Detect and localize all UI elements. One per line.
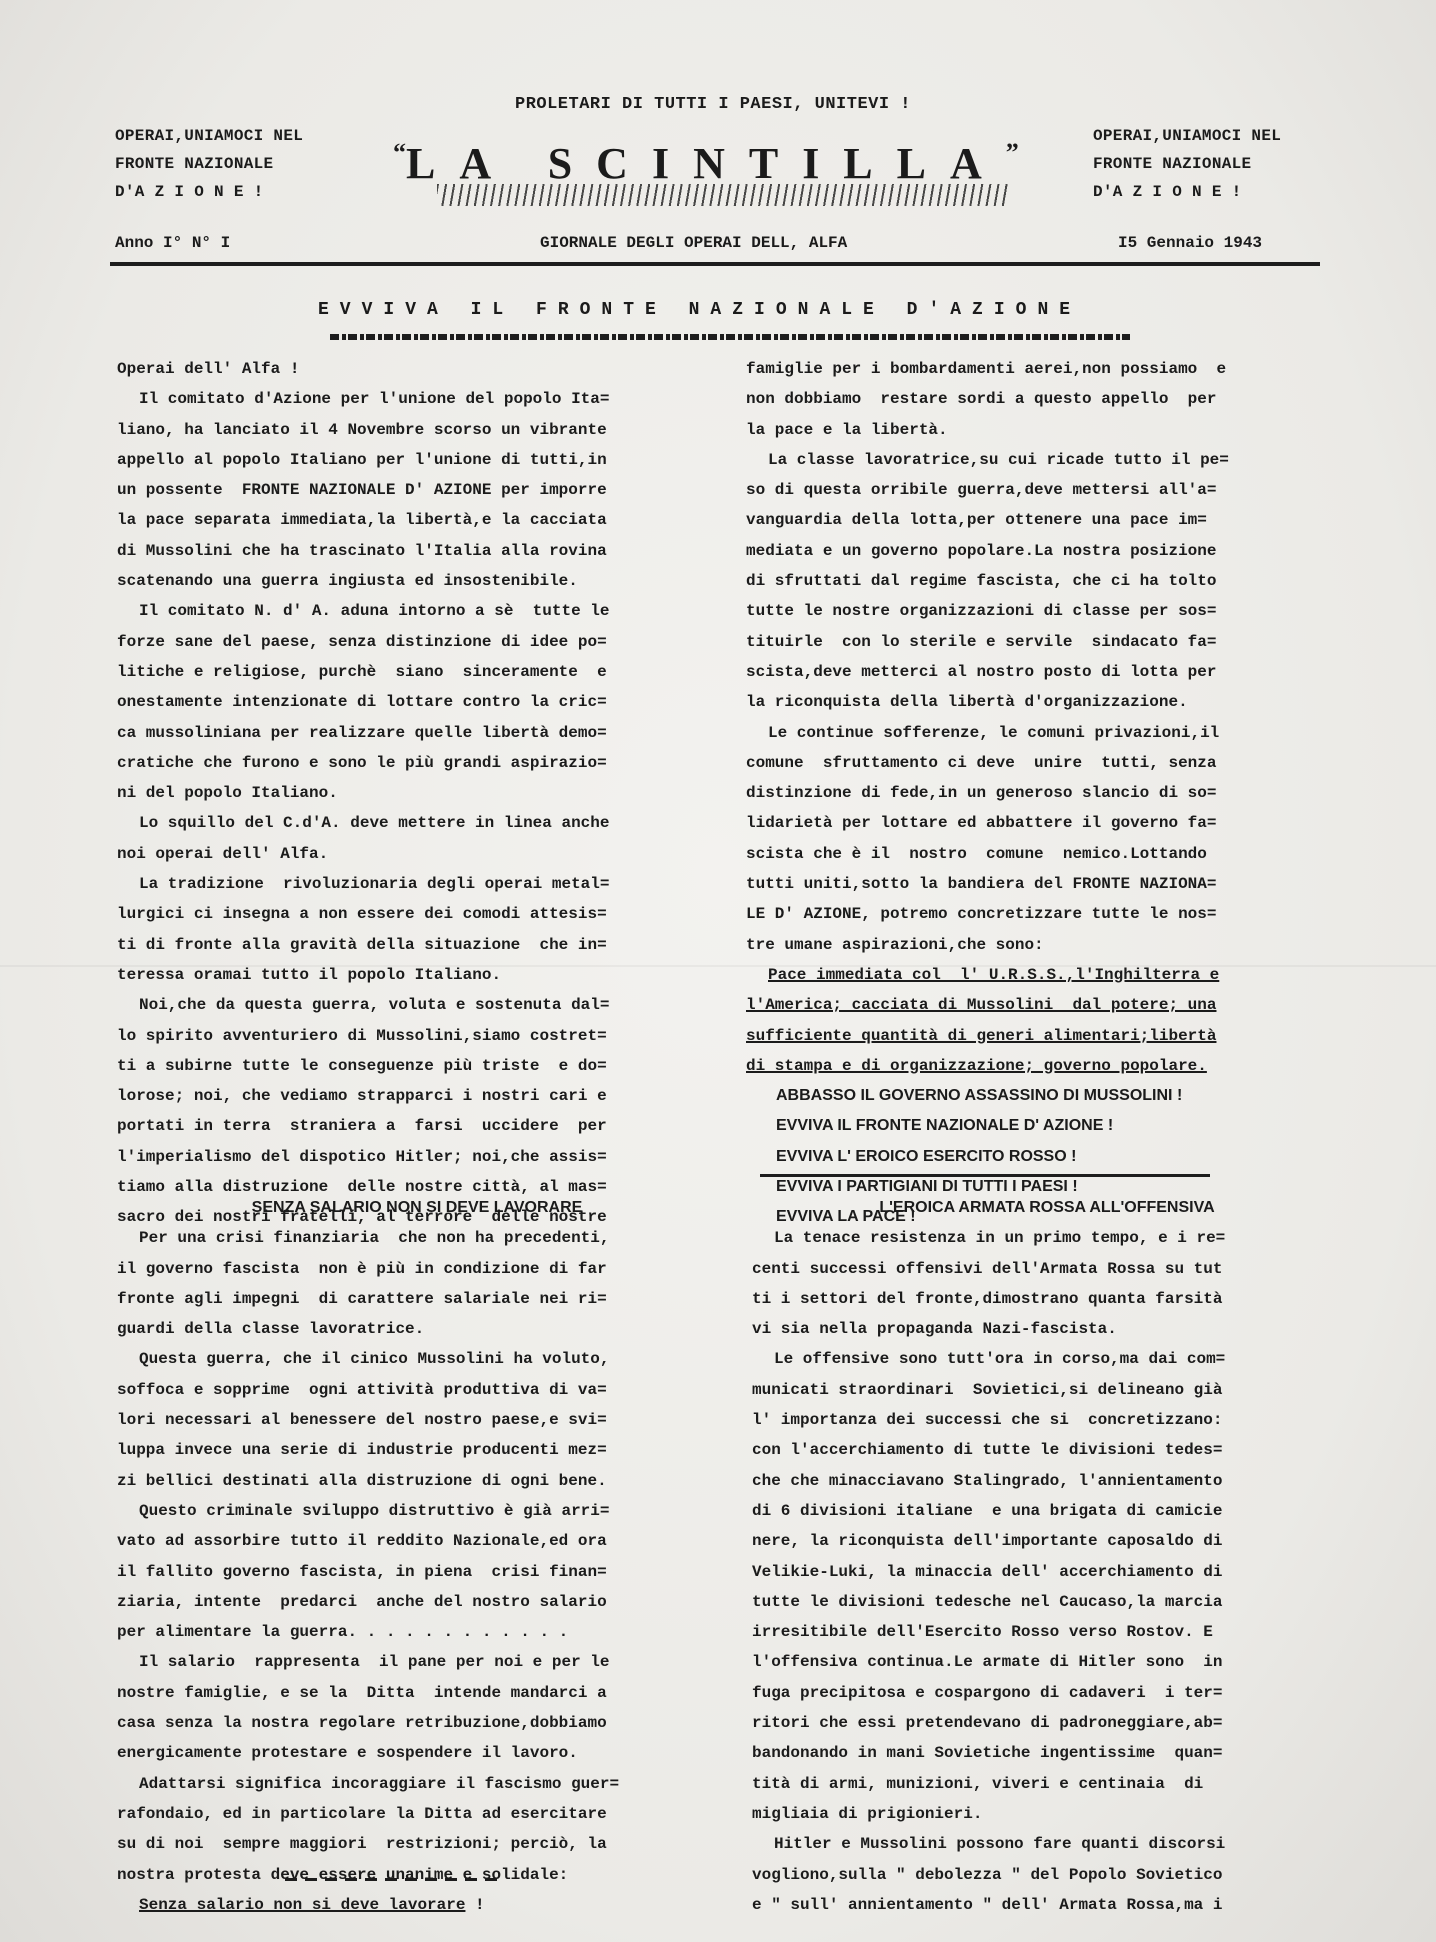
text-line: Noi,che da questa guerra, voluta e soste… (117, 990, 609, 1020)
text-line: tre umane aspirazioni,che sono: (746, 930, 1229, 960)
text-line: mediata e un governo popolare.La nostra … (746, 536, 1229, 566)
text-line: portati in terra straniera a farsi uccid… (117, 1111, 609, 1141)
army-article-title: L'EROICA ARMATA ROSSA ALL'OFFENSIVA (752, 1193, 1342, 1223)
text-line: luppa invece una serie di industrie prod… (117, 1435, 717, 1465)
text-line: famiglie per i bombardamenti aerei,non p… (746, 354, 1229, 384)
text-line: bandonando in mani Sovietiche ingentissi… (752, 1738, 1342, 1768)
newspaper-page: PROLETARI DI TUTTI I PAESI, UNITEVI ! OP… (0, 0, 1436, 1942)
text-line: vanguardia della lotta,per ottenere una … (746, 505, 1229, 535)
text-line: di sfruttati dal regime fascista, che ci… (746, 566, 1229, 596)
text-line: e " sull' annientamento " dell' Armata R… (752, 1890, 1342, 1920)
text-line: comune sfruttamento ci deve unire tutti,… (746, 748, 1229, 778)
text-line: scista,deve metterci al nostro posto di … (746, 657, 1229, 687)
issue-number: Anno I° N° I (115, 234, 230, 252)
text-line: appello al popolo Italiano per l'unione … (117, 445, 609, 475)
text-line: ti i settori del fronte,dimostrano quant… (752, 1284, 1342, 1314)
text-line: l' importanza dei successi che si concre… (752, 1405, 1342, 1435)
text-line: il governo fascista non è più in condizi… (117, 1254, 717, 1284)
text-line: noi operai dell' Alfa. (117, 839, 609, 869)
text-line: onestamente intenzionate di lottare cont… (117, 687, 609, 717)
text-line: Adattarsi significa incoraggiare il fasc… (117, 1769, 717, 1799)
text-line: che che minacciavano Stalingrado, l'anni… (752, 1466, 1342, 1496)
text-line: di 6 divisioni italiane e una brigata di… (752, 1496, 1342, 1526)
text-line: tituirle con lo sterile e servile sindac… (746, 627, 1229, 657)
text-line: di stampa e di organizzazione; governo p… (746, 1051, 1229, 1081)
text-line: guardi della classe lavoratrice. (117, 1314, 717, 1344)
header-rule (110, 262, 1320, 266)
text-line: La tenace resistenza in un primo tempo, … (752, 1223, 1342, 1253)
text-line: tutte le nostre organizzazioni di classe… (746, 596, 1229, 626)
text-line: tutte le divisioni tedesche nel Caucaso,… (752, 1587, 1342, 1617)
text-line: La classe lavoratrice,su cui ricade tutt… (746, 445, 1229, 475)
text-line: lori necessari al benessere del nostro p… (117, 1405, 717, 1435)
text-line: Hitler e Mussolini possono fare quanti d… (752, 1829, 1342, 1859)
text-line: nere, la riconquista dell'importante cap… (752, 1526, 1342, 1556)
text-line: Il comitato d'Azione per l'unione del po… (117, 384, 609, 414)
text-line: nostre famiglie, e se la Ditta intende m… (117, 1678, 717, 1708)
text-line: Il salario rappresenta il pane per noi e… (117, 1647, 717, 1677)
text-line: Pace immediata col l' U.R.S.S.,l'Inghilt… (746, 960, 1229, 990)
text-line: ca mussoliniana per realizzare quelle li… (117, 718, 609, 748)
text-line: La tradizione rivoluzionaria degli opera… (117, 869, 609, 899)
text-line: la riconquista della libertà d'organizza… (746, 687, 1229, 717)
text-line: sufficiente quantità di generi alimentar… (746, 1021, 1229, 1051)
text-line: ni del popolo Italiano. (117, 778, 609, 808)
text-line: per alimentare la guerra. . . . . . . . … (117, 1617, 717, 1647)
text-line: fuga precipitosa e cospargono di cadaver… (752, 1678, 1342, 1708)
text-line: Il comitato N. d' A. aduna intorno a sè … (117, 596, 609, 626)
text-line: lorose; noi, che vediamo strapparci i no… (117, 1081, 609, 1111)
slogan-line: EVVIVA L' EROICO ESERCITO ROSSO ! (746, 1142, 1229, 1172)
text-line: Per una crisi finanziaria che non ha pre… (117, 1223, 717, 1253)
header-side-note-left: OPERAI,UNIAMOCI NEL FRONTE NAZIONALE D'A… (115, 122, 303, 206)
text-line: ti di fronte alla gravità della situazio… (117, 930, 609, 960)
text-line: Lo squillo del C.d'A. deve mettere in li… (117, 808, 609, 838)
newspaper-subtitle: GIORNALE DEGLI OPERAI DELL, ALFA (540, 234, 847, 252)
text-line: vato ad assorbire tutto il reddito Nazio… (117, 1526, 717, 1556)
text-line: soffoca e sopprime ogni attività produtt… (117, 1375, 717, 1405)
text-line: vogliono,sulla " debolezza " del Popolo … (752, 1860, 1342, 1890)
text-line: litiche e religiose, purchè siano sincer… (117, 657, 609, 687)
text-line: nostra protesta deve essere unanime e so… (117, 1860, 717, 1890)
text-line: municati straordinari Sovietici,si delin… (752, 1375, 1342, 1405)
text-line: non dobbiamo restare sordi a questo appe… (746, 384, 1229, 414)
text-line: Velikie-Luki, la minaccia dell' accerchi… (752, 1557, 1342, 1587)
text-line: Operai dell' Alfa ! (117, 354, 609, 384)
text-line: distinzione di fede,in un generoso slanc… (746, 778, 1229, 808)
text-line: ti a subirne tutte le conseguenze più tr… (117, 1051, 609, 1081)
text-line: l'America; cacciata di Mussolini dal pot… (746, 990, 1229, 1020)
masthead-ornamental-underline (437, 184, 1010, 206)
header-side-note-right: OPERAI,UNIAMOCI NEL FRONTE NAZIONALE D'A… (1093, 122, 1281, 206)
text-line: casa senza la nostra regolare retribuzio… (117, 1708, 717, 1738)
text-line: scista che è il nostro comune nemico.Lot… (746, 839, 1229, 869)
title-dashed-underline (330, 334, 1130, 340)
text-line: la pace e la libertà. (746, 415, 1229, 445)
text-line: di Mussolini che ha trascinato l'Italia … (117, 536, 609, 566)
slogan-line: ABBASSO IL GOVERNO ASSASSINO DI MUSSOLIN… (746, 1081, 1229, 1111)
main-article-left-column: Operai dell' Alfa !Il comitato d'Azione … (117, 354, 609, 1233)
text-line: lidarietà per lottare ed abbattere il go… (746, 808, 1229, 838)
main-article-title: EVVIVA IL FRONTE NAZIONALE D'AZIONE (318, 300, 1081, 320)
text-line: un possente FRONTE NAZIONALE D' AZIONE p… (117, 475, 609, 505)
text-line: teressa oramai tutto il popolo Italiano. (117, 960, 609, 990)
text-line: ritori che essi pretendevano di padroneg… (752, 1708, 1342, 1738)
text-line: energicamente protestare e sospendere il… (117, 1738, 717, 1768)
text-line: tità di armi, munizioni, viveri e centin… (752, 1769, 1342, 1799)
text-line: Le continue sofferenze, le comuni privaz… (746, 718, 1229, 748)
text-line: Le offensive sono tutt'ora in corso,ma d… (752, 1344, 1342, 1374)
text-line: rafondaio, ed in particolare la Ditta ad… (117, 1799, 717, 1829)
text-line: con l'accerchiamento di tutte le divisio… (752, 1435, 1342, 1465)
text-line: il fallito governo fascista, in piena cr… (117, 1557, 717, 1587)
text-line: l'imperialismo del dispotico Hitler; noi… (117, 1142, 609, 1172)
text-line: centi successi offensivi dell'Armata Ros… (752, 1254, 1342, 1284)
issue-date: I5 Gennaio 1943 (1118, 234, 1262, 252)
text-line: l'offensiva continua.Le armate di Hitler… (752, 1647, 1342, 1677)
text-line: vi sia nella propaganda Nazi-fascista. (752, 1314, 1342, 1344)
text-line: cratiche che furono e sono le più grandi… (117, 748, 609, 778)
main-article-right-column: famiglie per i bombardamenti aerei,non p… (746, 354, 1229, 1233)
salary-article: SENZA SALARIO NON SI DEVE LAVORAREPer un… (117, 1193, 717, 1920)
closing-underlined-text: Senza salario non si deve lavorare (139, 1896, 465, 1914)
text-line: migliaia di prigionieri. (752, 1799, 1342, 1829)
closing-exclamation: ! (465, 1896, 484, 1914)
text-line: liano, ha lanciato il 4 Novembre scorso … (117, 415, 609, 445)
text-line: fronte agli impegni di carattere salaria… (117, 1284, 717, 1314)
slogan-line: EVVIVA IL FRONTE NAZIONALE D' AZIONE ! (746, 1111, 1229, 1141)
text-line: LE D' AZIONE, potremo concretizzare tutt… (746, 899, 1229, 929)
text-line: Questa guerra, che il cinico Mussolini h… (117, 1344, 717, 1374)
salary-article-title: SENZA SALARIO NON SI DEVE LAVORARE (117, 1193, 717, 1223)
text-line: scatenando una guerra ingiusta ed insost… (117, 566, 609, 596)
text-line: lurgici ci insegna a non essere dei como… (117, 899, 609, 929)
text-line: irresitibile dell'Esercito Rosso verso R… (752, 1617, 1342, 1647)
header-slogan: PROLETARI DI TUTTI I PAESI, UNITEVI ! (515, 95, 911, 114)
text-line: lo spirito avventuriero di Mussolini,sia… (117, 1021, 609, 1051)
text-line: zi bellici destinati alla distruzione di… (117, 1466, 717, 1496)
text-line: forze sane del paese, senza distinzione … (117, 627, 609, 657)
text-line: Questo criminale sviluppo distruttivo è … (117, 1496, 717, 1526)
army-article: L'EROICA ARMATA ROSSA ALL'OFFENSIVALa te… (752, 1193, 1342, 1920)
text-line: so di questa orribile guerra,deve metter… (746, 475, 1229, 505)
text-line: ziaria, intente predarci anche del nostr… (117, 1587, 717, 1617)
masthead-title: “LA SCINTILLA” (393, 138, 1019, 189)
text-line: su di noi sempre maggiori restrizioni; p… (117, 1829, 717, 1859)
salary-article-closing: Senza salario non si deve lavorare ! (117, 1890, 717, 1920)
text-line: la pace separata immediata,la libertà,e … (117, 505, 609, 535)
article-end-dashes (285, 1878, 505, 1881)
text-line: tutti uniti,sotto la bandiera del FRONTE… (746, 869, 1229, 899)
section-divider-rule (760, 1174, 1210, 1177)
